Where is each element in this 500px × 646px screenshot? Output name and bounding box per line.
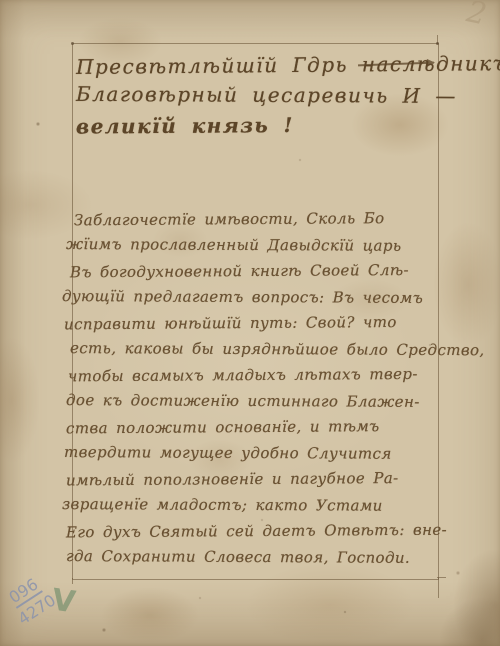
manuscript-line: ства положити основанїе, и тѣмъ	[66, 413, 444, 442]
manuscript-line: дое къ достиженїю истиннаго Блажен-	[66, 387, 444, 415]
check-mark: V	[50, 583, 78, 621]
manuscript-line: есть, каковы бы изряднѣйшое было Средств…	[70, 335, 444, 363]
manuscript-line: имѣлый поползновенїе и пагубное Ра-	[66, 465, 444, 494]
manuscript-line: чтобы всамыхъ младыхъ лѣтахъ твер-	[68, 361, 444, 390]
manuscript-line: жїимъ прославленный Давыдскїй царь	[66, 231, 444, 259]
manuscript-line: гда Сохранити Словеса твоя, Господи.	[66, 543, 444, 571]
manuscript-line: звращенїе младостъ; както Устами	[62, 491, 444, 519]
folio-number: 2	[463, 0, 489, 33]
frame-corner-dot-top-left	[71, 42, 74, 45]
manuscript-line: Его духъ Святый сей даетъ Отвѣтъ: вне-	[66, 517, 444, 546]
salutation-heading: Пресвѣтлѣйшїй Гдрь наслѣдникъ Благовѣрны…	[76, 50, 500, 140]
manuscript-line: Заблагочестїе имѣвости, Сколь Бо	[74, 205, 444, 234]
manuscript-line: исправити юнѣйшїй путь: Свой? что	[64, 309, 444, 338]
frame-corner-dot-top-right	[436, 42, 439, 45]
manuscript-body: Заблагочестїе имѣвости, Сколь Бо жїимъ п…	[74, 206, 444, 570]
manuscript-line: Въ богодухновенной книгѣ Своей Слѣ-	[70, 257, 444, 286]
heading-line-3: великїй князь !	[76, 108, 500, 141]
frame-tick-bottom-edge	[437, 577, 446, 578]
heading-line-2: Благовѣрный цесаревичь И —	[76, 79, 500, 111]
manuscript-line: дующїй предлагаетъ вопросъ: Въ чесомъ	[62, 283, 444, 311]
manuscript-page: 2 Пресвѣтлѣйшїй Гдрь наслѣдникъ Благовѣр…	[0, 0, 500, 646]
library-shelfmark: 096 4270	[6, 572, 59, 626]
manuscript-line: твердити могущее удобно Случится	[64, 439, 444, 467]
frame-tick-bottom-right	[438, 578, 439, 598]
frame-tick-bottom-left	[72, 578, 73, 584]
heading-line-1: Пресвѣтлѣйшїй Гдрь наслѣдникъ	[76, 48, 500, 82]
